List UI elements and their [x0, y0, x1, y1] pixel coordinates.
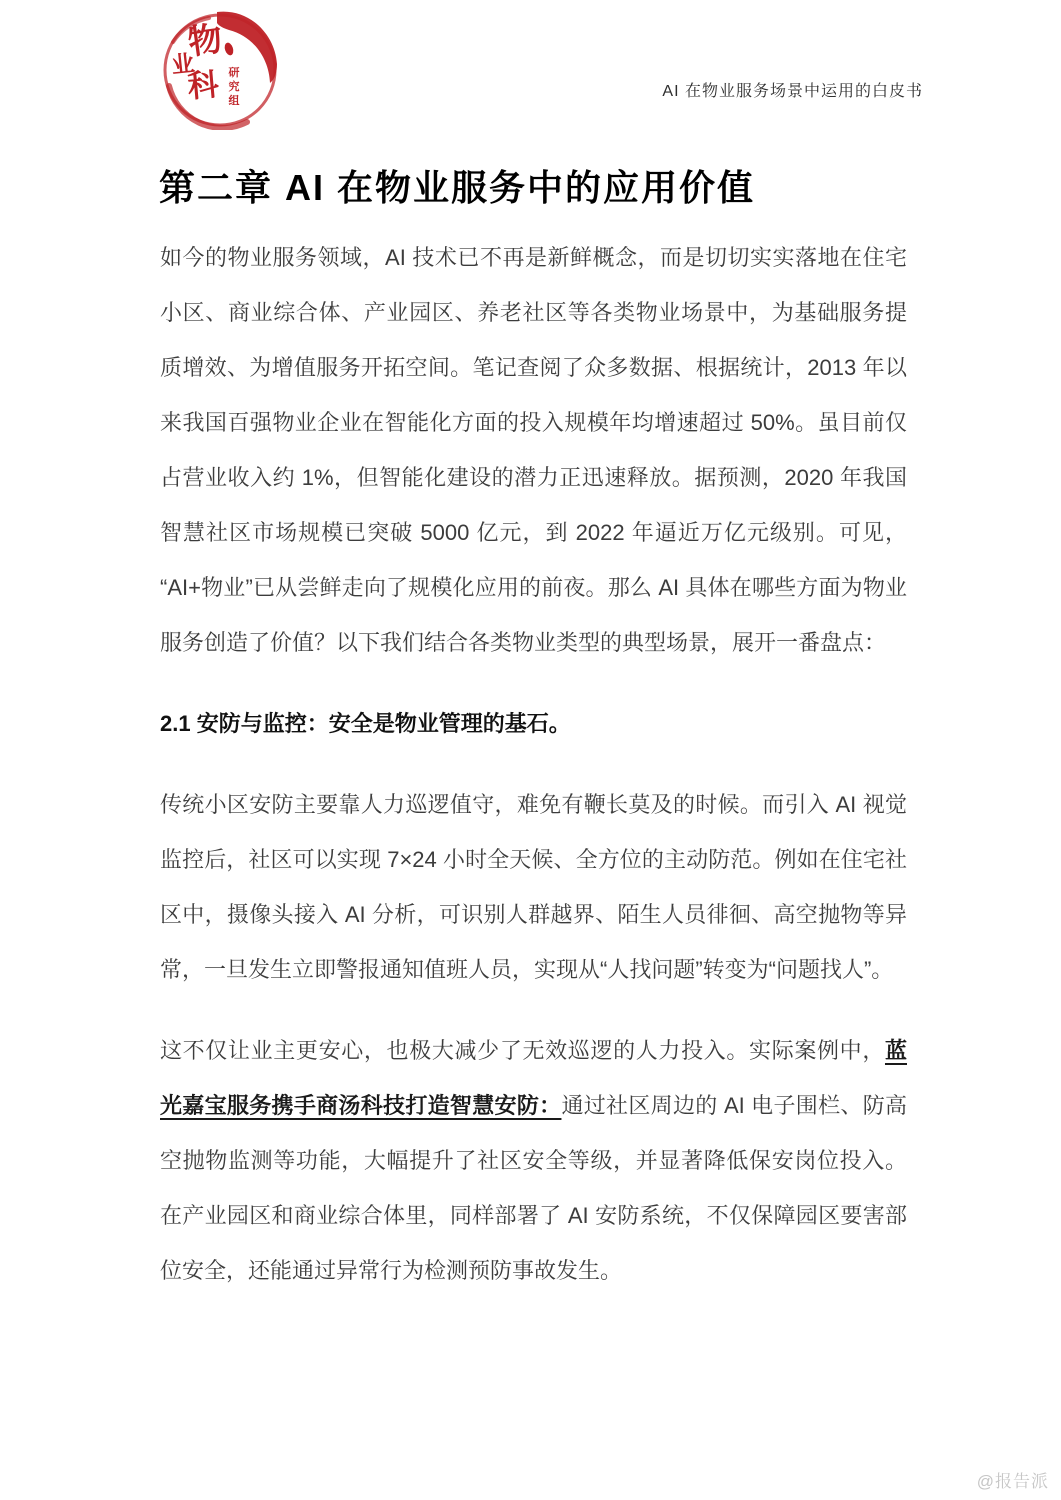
document-page: 物 业 科 研 究 组 AI 在物业服务场景中运用的白皮书 第二章 AI 在物业…: [0, 0, 1061, 1500]
logo-char-ke: 科: [186, 67, 220, 105]
case-study-detail-text: 通过社区周边的 AI 电子围栏、防高空抛物监测等功能，大幅提升了社区安全等级，并…: [160, 1093, 907, 1283]
property-research-logo: 物 业 科 研 究 组: [156, 8, 286, 130]
paragraph-case-study: 这不仅让业主更安心，也极大减少了无效巡逻的人力投入。实际案例中，蓝光嘉宝服务携手…: [160, 1023, 907, 1298]
paragraph-security-monitoring: 传统小区安防主要靠人力巡逻值守，难免有鞭长莫及的时候。而引入 AI 视觉监控后，…: [160, 777, 907, 997]
document-body: 如今的物业服务领域，AI 技术已不再是新鲜概念，而是切切实实落地在住宅小区、商业…: [160, 230, 907, 1324]
watermark-baogaopai: @报告派: [977, 1467, 1049, 1492]
logo-vertical-char-yan: 研: [229, 65, 240, 79]
chapter-title: 第二章 AI 在物业服务中的应用价值: [159, 160, 755, 211]
logo-vertical-char-jiu: 究: [229, 79, 240, 93]
header-doc-label: AI 在物业服务场景中运用的白皮书: [662, 78, 923, 101]
paragraph-intro: 如今的物业服务领域，AI 技术已不再是新鲜概念，而是切切实实落地在住宅小区、商业…: [160, 230, 907, 670]
logo-vertical-char-zu: 组: [229, 93, 240, 107]
logo-brush-dot: [223, 42, 235, 57]
section-heading-2-1: 2.1 安防与监控：安全是物业管理的基石。: [160, 696, 907, 751]
case-study-lead-text: 这不仅让业主更安心，也极大减少了无效巡逻的人力投入。实际案例中，: [160, 1038, 885, 1063]
